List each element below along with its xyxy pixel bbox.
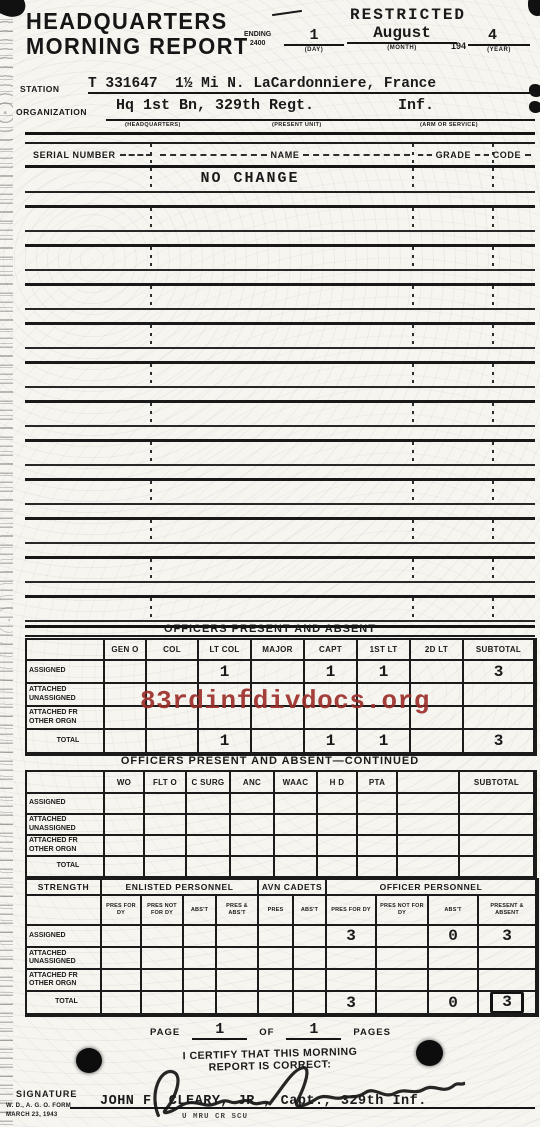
group-header: ENLISTED PERSONNEL [102, 880, 259, 896]
roster-header-code: CODE [493, 150, 535, 160]
organization-label: ORGANIZATION [16, 107, 87, 117]
signature-stroke [134, 1047, 467, 1124]
day-caption: (DAY) [284, 47, 344, 53]
cell [411, 730, 464, 754]
sub-header-blank [27, 896, 102, 926]
cell [460, 794, 535, 815]
cell [142, 948, 184, 970]
col-header: LT COL [199, 640, 252, 661]
cell [479, 970, 537, 992]
cell [259, 970, 294, 992]
cell [294, 992, 327, 1015]
organization-arm: Inf. [398, 97, 434, 114]
row-label: ATTACHED FR OTHER ORGN [27, 707, 105, 730]
roster-header-serial: SERIAL NUMBER [25, 150, 156, 160]
col-header: C SURG [187, 772, 231, 794]
cell [105, 794, 145, 815]
form-citation-line1: W. D., A. G. O. FORM [6, 1102, 71, 1111]
cell [252, 661, 305, 684]
cell [398, 836, 460, 857]
cell [231, 815, 275, 836]
cell [358, 857, 398, 878]
cell [318, 836, 358, 857]
row-label: ATTACHED UNASSIGNED [27, 948, 102, 970]
cell: 1 [199, 730, 252, 754]
cell [398, 794, 460, 815]
row-label: ATTACHED FR OTHER ORGN [27, 970, 102, 992]
cell [327, 970, 377, 992]
col-header: 2D LT [411, 640, 464, 661]
cell [358, 815, 398, 836]
cell [479, 948, 537, 970]
grade-header: GRADE [436, 150, 472, 160]
roster-empty-row [25, 478, 535, 505]
code-header: CODE [493, 150, 521, 160]
boxed-total: 3 [490, 992, 524, 1014]
cell [231, 857, 275, 878]
cell [398, 857, 460, 878]
cell [377, 992, 429, 1015]
roster-empty-row [25, 439, 535, 466]
signature-label: SIGNATURE [16, 1089, 77, 1099]
cell: 0 [429, 992, 479, 1015]
cell [217, 970, 259, 992]
classification-stamp: RESTRICTED [350, 6, 466, 24]
organization-field: Hq 1st Bn, 329th Regt. Inf. [106, 97, 535, 121]
name-header: NAME [271, 150, 300, 160]
cell [184, 970, 217, 992]
cell [147, 730, 199, 754]
row-label: TOTAL [27, 857, 105, 878]
cell [184, 926, 217, 948]
cell [294, 926, 327, 948]
ending-word: ENDING [244, 31, 271, 40]
leader-line [475, 154, 489, 156]
sub-header: PRES FOR DY [102, 896, 142, 926]
month-caption: (MONTH) [347, 45, 457, 51]
col-header: FLT O [145, 772, 187, 794]
col-header: H D [318, 772, 358, 794]
caption-present-unit: (PRESENT UNIT) [272, 122, 322, 128]
roster-empty-row [25, 556, 535, 583]
cell: 3 [327, 926, 377, 948]
year-prefix: 194 [451, 41, 466, 51]
cell [318, 794, 358, 815]
station-field: T 331647 1½ Mi N. LaCardonniere, France [88, 74, 535, 94]
cell [102, 926, 142, 948]
cell [460, 857, 535, 878]
cell [187, 815, 231, 836]
sub-header: ABS'T [294, 896, 327, 926]
row-label: ASSIGNED [27, 661, 105, 684]
form-citation: W. D., A. G. O. FORM MARCH 23, 1943 [6, 1102, 71, 1120]
cell [102, 992, 142, 1015]
cell [105, 661, 147, 684]
cell [145, 836, 187, 857]
page-counter: PAGE 1 OF 1 PAGES [150, 1021, 391, 1040]
col-header: 1ST LT [358, 640, 411, 661]
roster-header-name: NAME [156, 150, 414, 160]
cell [275, 794, 318, 815]
pages-label: PAGES [353, 1027, 391, 1040]
group-header: OFFICER PERSONNEL [327, 880, 537, 896]
row-label: ATTACHED FR OTHER ORGN [27, 836, 105, 857]
sub-header: PRES FOR DY [327, 896, 377, 926]
cell [142, 970, 184, 992]
roster-empty-row [25, 244, 535, 271]
cell [142, 926, 184, 948]
row-label: TOTAL [27, 992, 102, 1015]
page-label: PAGE [150, 1027, 180, 1040]
date-day-field: 1 (DAY) [284, 26, 344, 53]
cell [377, 970, 429, 992]
date-month-field: August (MONTH) [347, 24, 457, 51]
sub-header: PRES NOT FOR DY [142, 896, 184, 926]
cell [105, 730, 147, 754]
scan-artifact [528, 0, 540, 16]
cell [398, 815, 460, 836]
cell: 3 [479, 992, 537, 1015]
of-label: OF [259, 1027, 274, 1040]
group-header: AVN CADETS [259, 880, 327, 896]
cell [275, 815, 318, 836]
cell: 1 [358, 730, 411, 754]
cell [377, 926, 429, 948]
cell [294, 970, 327, 992]
cell [145, 815, 187, 836]
roster-empty-row [25, 205, 535, 232]
cell [259, 926, 294, 948]
cell [318, 857, 358, 878]
form-title-line2: MORNING REPORT [26, 33, 249, 60]
rule-double [25, 132, 535, 144]
strength-table: STRENGTH ENLISTED PERSONNEL AVN CADETS O… [25, 878, 539, 1017]
col-header: SUBTOTAL [460, 772, 535, 794]
strength-corner-label: STRENGTH [27, 880, 102, 896]
pages-number: 1 [286, 1021, 341, 1040]
cell: 3 [327, 992, 377, 1015]
roster-empty-row [25, 361, 535, 388]
page-number: 1 [192, 1021, 247, 1040]
cell: 1 [358, 661, 411, 684]
cell [105, 836, 145, 857]
cell [145, 857, 187, 878]
cell: 3 [479, 926, 537, 948]
col-header [398, 772, 460, 794]
cell [102, 948, 142, 970]
organization-unit: Hq 1st Bn, 329th Regt. [116, 97, 314, 114]
cell [275, 857, 318, 878]
cell [105, 857, 145, 878]
roster-empty-row [25, 595, 535, 622]
row-label: ASSIGNED [27, 926, 102, 948]
cell [184, 948, 217, 970]
cell [327, 948, 377, 970]
col-header: MAJOR [252, 640, 305, 661]
cell [460, 836, 535, 857]
col-header: PTA [358, 772, 398, 794]
cell: 1 [199, 661, 252, 684]
leader-line [160, 154, 267, 156]
col-header: SUBTOTAL [464, 640, 535, 661]
cell: 1 [305, 730, 358, 754]
sub-header: PRES NOT FOR DY [377, 896, 429, 926]
cell [464, 684, 535, 707]
roster-empty-row [25, 517, 535, 544]
serial-number-header: SERIAL NUMBER [33, 150, 116, 160]
caption-arm-service: (ARM OR SERVICE) [420, 122, 478, 128]
cell [147, 661, 199, 684]
roster-empty-row [25, 283, 535, 310]
caption-headquarters: (HEADQUARTERS) [125, 122, 181, 128]
cell [294, 948, 327, 970]
cell [187, 794, 231, 815]
cell: 3 [464, 661, 535, 684]
roster-empty-row [25, 400, 535, 427]
cell [105, 815, 145, 836]
station-label: STATION [20, 84, 60, 94]
no-change-entry: NO CHANGE [160, 170, 340, 187]
cell [429, 948, 479, 970]
leader-line [525, 154, 531, 156]
year-caption: (YEAR) [468, 47, 530, 53]
cell [217, 926, 259, 948]
month-value: August [373, 24, 431, 43]
row-label: ASSIGNED [27, 794, 105, 815]
cell [231, 836, 275, 857]
scan-edge-noise [0, 0, 13, 1127]
col-header: ANC [231, 772, 275, 794]
roster-header-grade: GRADE [414, 150, 493, 160]
sub-header: ABS'T [184, 896, 217, 926]
cell [187, 836, 231, 857]
leader-line [303, 154, 410, 156]
cell [102, 970, 142, 992]
cell [231, 794, 275, 815]
sub-header: PRESENT & ABSENT [479, 896, 537, 926]
scan-pen-mark [272, 10, 302, 16]
cell [187, 857, 231, 878]
roster-entry-row: NO CHANGE [25, 168, 535, 193]
cell [252, 730, 305, 754]
officers-table-title: OFFICERS PRESENT AND ABSENT [0, 623, 540, 635]
station-value: T 331647 1½ Mi N. LaCardonniere, France [88, 76, 436, 92]
cell: 0 [429, 926, 479, 948]
cell [142, 992, 184, 1015]
col-header: GEN O [105, 640, 147, 661]
corner-cell [27, 772, 105, 794]
typed-signature-name: JOHN F. CLEARY, JR., Capt., 329th Inf. [100, 1094, 427, 1109]
col-header: WAAC [275, 772, 318, 794]
sub-header: PRES & ABS'T [217, 896, 259, 926]
cell [318, 815, 358, 836]
leader-line [120, 154, 152, 156]
cell [145, 794, 187, 815]
corner-cell [27, 640, 105, 661]
cell [217, 948, 259, 970]
cell [429, 970, 479, 992]
row-label: TOTAL [27, 730, 105, 754]
row-label: ATTACHED UNASSIGNED [27, 815, 105, 836]
morning-report-scan: HEADQUARTERS MORNING REPORT RESTRICTED E… [0, 0, 540, 1127]
cell [358, 794, 398, 815]
cell: 3 [464, 730, 535, 754]
roster-table: SERIAL NUMBER NAME GRADE CODE NO CHANGE [25, 132, 535, 637]
col-header: CAPT [305, 640, 358, 661]
cell: 1 [305, 661, 358, 684]
col-header: COL [147, 640, 199, 661]
cell [217, 992, 259, 1015]
cell [464, 707, 535, 730]
roster-empty-row [25, 322, 535, 349]
cell [275, 836, 318, 857]
roster-header: SERIAL NUMBER NAME GRADE CODE [25, 144, 535, 168]
cell [259, 992, 294, 1015]
cell [184, 992, 217, 1015]
col-header: WO [105, 772, 145, 794]
cell [460, 815, 535, 836]
ending-time: 2400 [244, 40, 271, 49]
year-value: 4 [488, 27, 497, 45]
officers-continued-title: OFFICERS PRESENT AND ABSENT—CONTINUED [0, 755, 540, 767]
date-year-field: 4 (YEAR) [468, 26, 530, 53]
form-citation-line2: MARCH 23, 1943 [6, 1111, 71, 1120]
ending-label: ENDING 2400 [244, 31, 271, 49]
cell [358, 836, 398, 857]
cell [377, 948, 429, 970]
officers-continued-table: WO FLT O C SURG ANC WAAC H D PTA SUBTOTA… [25, 770, 537, 880]
leader-line [418, 154, 432, 156]
sub-header: PRES [259, 896, 294, 926]
day-value: 1 [309, 27, 318, 45]
row-label: ATTACHED UNASSIGNED [27, 684, 105, 707]
form-title-line1: HEADQUARTERS [26, 8, 228, 35]
signature-text: John F. Cleary, Jr. [135, 1056, 136, 1057]
cell [259, 948, 294, 970]
sub-header: ABS'T [429, 896, 479, 926]
watermark: 83rdinfdivdocs.org [140, 686, 430, 716]
cell [411, 661, 464, 684]
